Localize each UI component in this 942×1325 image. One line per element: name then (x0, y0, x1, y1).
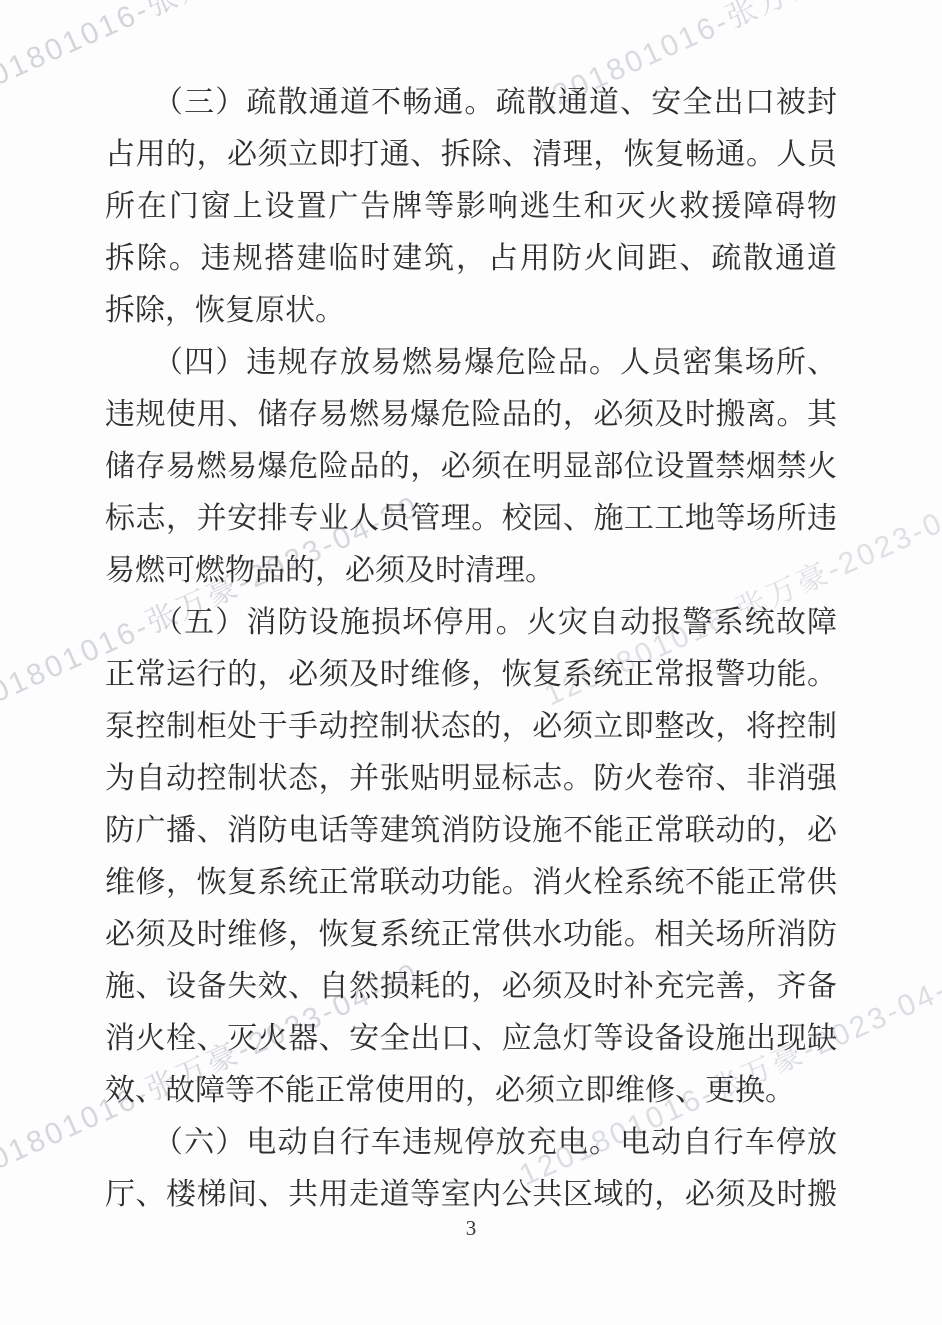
text-line: 易燃可燃物品的，必须及时清理。 (105, 545, 837, 597)
page-number: 3 (0, 1216, 942, 1241)
text-line: 泵控制柜处于手动控制状态的，必须立即整改，将控制柜设置 (105, 701, 837, 753)
text-line: 所在门窗上设置广告牌等影响逃生和灭火救援障碍物的，必须 (105, 181, 837, 233)
text-line: 效、故障等不能正常使用的，必须立即维修、更换。 (105, 1065, 837, 1117)
text-line: 违规使用、储存易燃易爆危险品的，必须及时搬离。其他场所 (105, 389, 837, 441)
document-body: （三）疏散通道不畅通。疏散通道、安全出口被封闭、堵塞、占用的，必须立即打通、拆除… (105, 77, 837, 1221)
text-line: （三）疏散通道不畅通。疏散通道、安全出口被封闭、堵塞、 (105, 77, 837, 129)
text-line: 拆除。违规搭建临时建筑，占用防火间距、疏散通道的，必须 (105, 233, 837, 285)
text-line: 必须及时维修，恢复系统正常供水功能。相关场所消防安全设 (105, 909, 837, 961)
text-line: 为自动控制状态，并张贴明显标志。防火卷帘、非消强切、消 (105, 753, 837, 805)
text-line: 正常运行的，必须及时维修，恢复系统正常报警功能。消防水 (105, 649, 837, 701)
text-line: （五）消防设施损坏停用。火灾自动报警系统故障或者不能 (105, 597, 837, 649)
text-line: 维修，恢复系统正常联动功能。消火栓系统不能正常供水的， (105, 857, 837, 909)
text-line: 消火栓、灭火器、安全出口、应急灯等设备设施出现缺少、失 (105, 1013, 837, 1065)
text-line: 拆除，恢复原状。 (105, 285, 837, 337)
text-line: 防广播、消防电话等建筑消防设施不能正常联动的，必须及时 (105, 805, 837, 857)
text-line: 施、设备失效、自然损耗的，必须及时补充完善，齐备有效。 (105, 961, 837, 1013)
text-line: 厅、楼梯间、共用走道等室内公共区域的，必须及时搬离、清 (105, 1169, 837, 1221)
text-line: 标志，并安排专业人员管理。校园、施工工地等场所违规堆放 (105, 493, 837, 545)
text-line: （六）电动自行车违规停放充电。电动自行车停放在建筑门 (105, 1117, 837, 1169)
text-line: （四）违规存放易燃易爆危险品。人员密集场所、居住场所 (105, 337, 837, 389)
document-page: 1201801016-张万豪-2023-04-20 1201801016-张万豪… (0, 0, 942, 1325)
text-line: 储存易燃易爆危险品的，必须在明显部位设置禁烟禁火等警示 (105, 441, 837, 493)
text-line: 占用的，必须立即打通、拆除、清理，恢复畅通。人员密集场 (105, 129, 837, 181)
